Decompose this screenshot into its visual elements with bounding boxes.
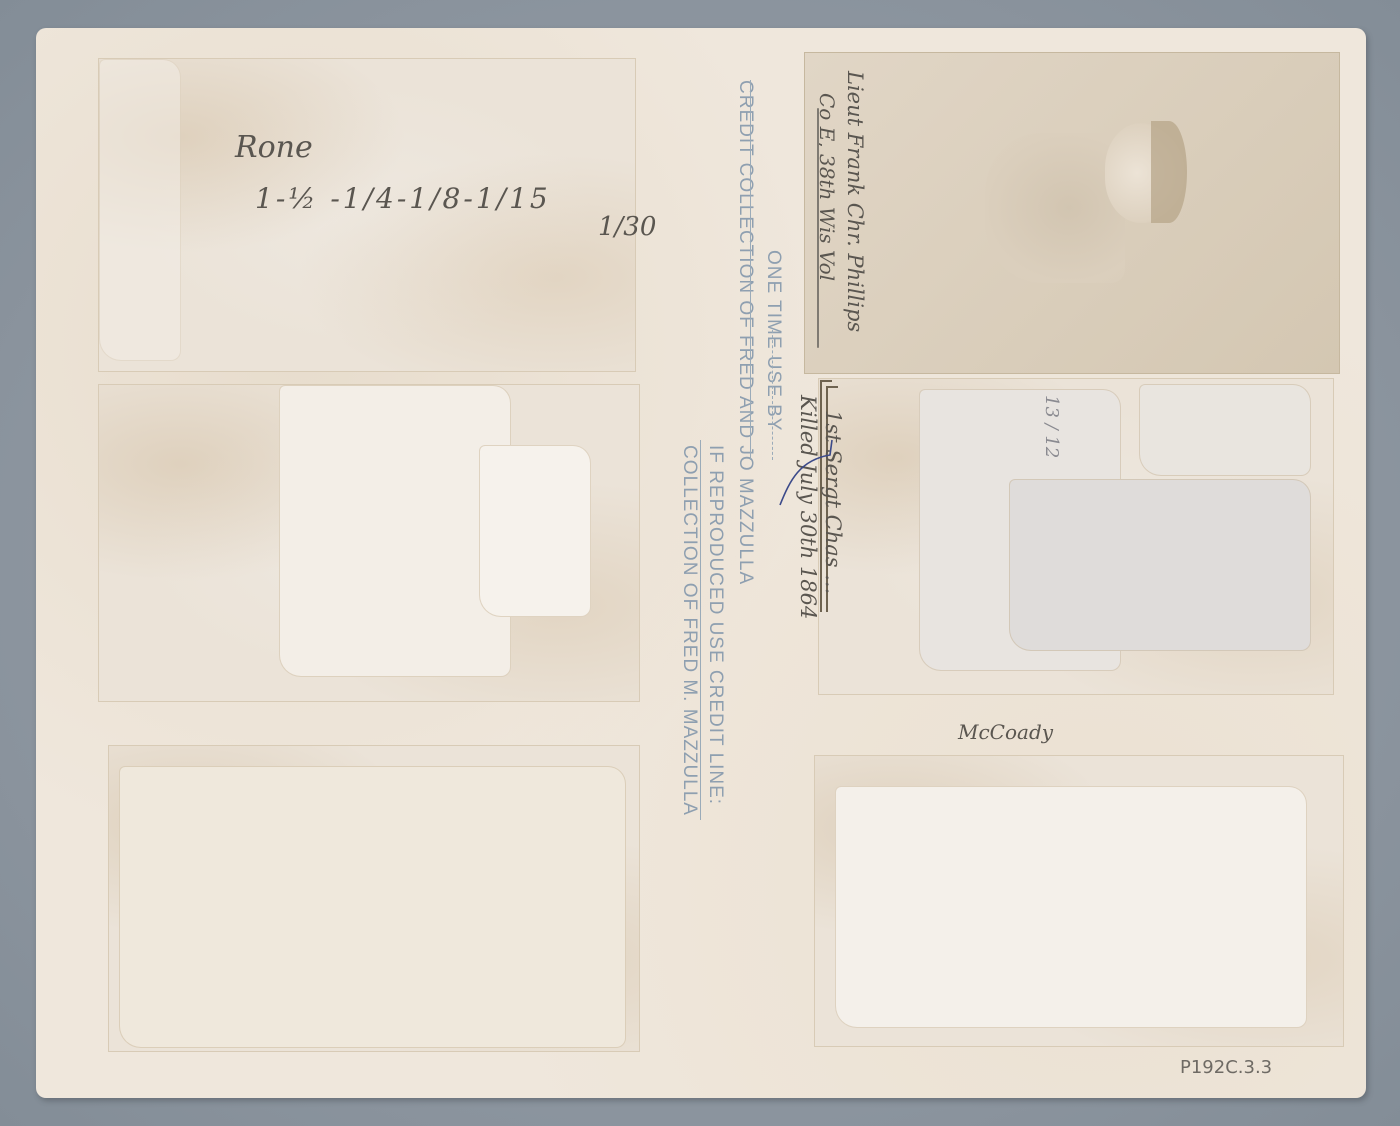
slot-pencil-mark: 13 / 12 [1041,395,1062,458]
handwritten-fraction: 1/30 [598,212,656,242]
underline-mark [817,108,819,348]
lower-right-note: McCoady [958,720,1053,744]
reproduction-stamp-line1: IF REPRODUCED USE CREDIT LINE: [704,445,726,805]
catalog-number: P192C.3.3 [1180,1057,1272,1078]
soldier-portrait [955,113,1205,323]
portrait-photograph: Lieut Frank Chr. Phillips Co E, 38th Wis… [804,52,1340,374]
empty-slot-bottom-right [814,755,1344,1047]
empty-slot-middle-right [818,378,1334,695]
stamp2-divider [700,440,701,820]
empty-slot-top-left [98,58,636,372]
empty-slot-bottom-left [108,745,640,1052]
stamp-divider [750,80,751,460]
photo-caption-line1: Lieut Frank Chr. Phillips [843,71,867,332]
credit-stamp-line1: ONE TIME USE BY [762,250,784,431]
empty-slot-middle-left [98,384,640,702]
blue-ink-stroke [740,420,840,520]
handwritten-name: Rone [235,130,313,165]
handwritten-numbers: 1-½ -1/4-1/8-1/15 [255,182,551,215]
reproduction-stamp-line2: COLLECTION OF FRED M. MAZZULLA [678,445,700,816]
